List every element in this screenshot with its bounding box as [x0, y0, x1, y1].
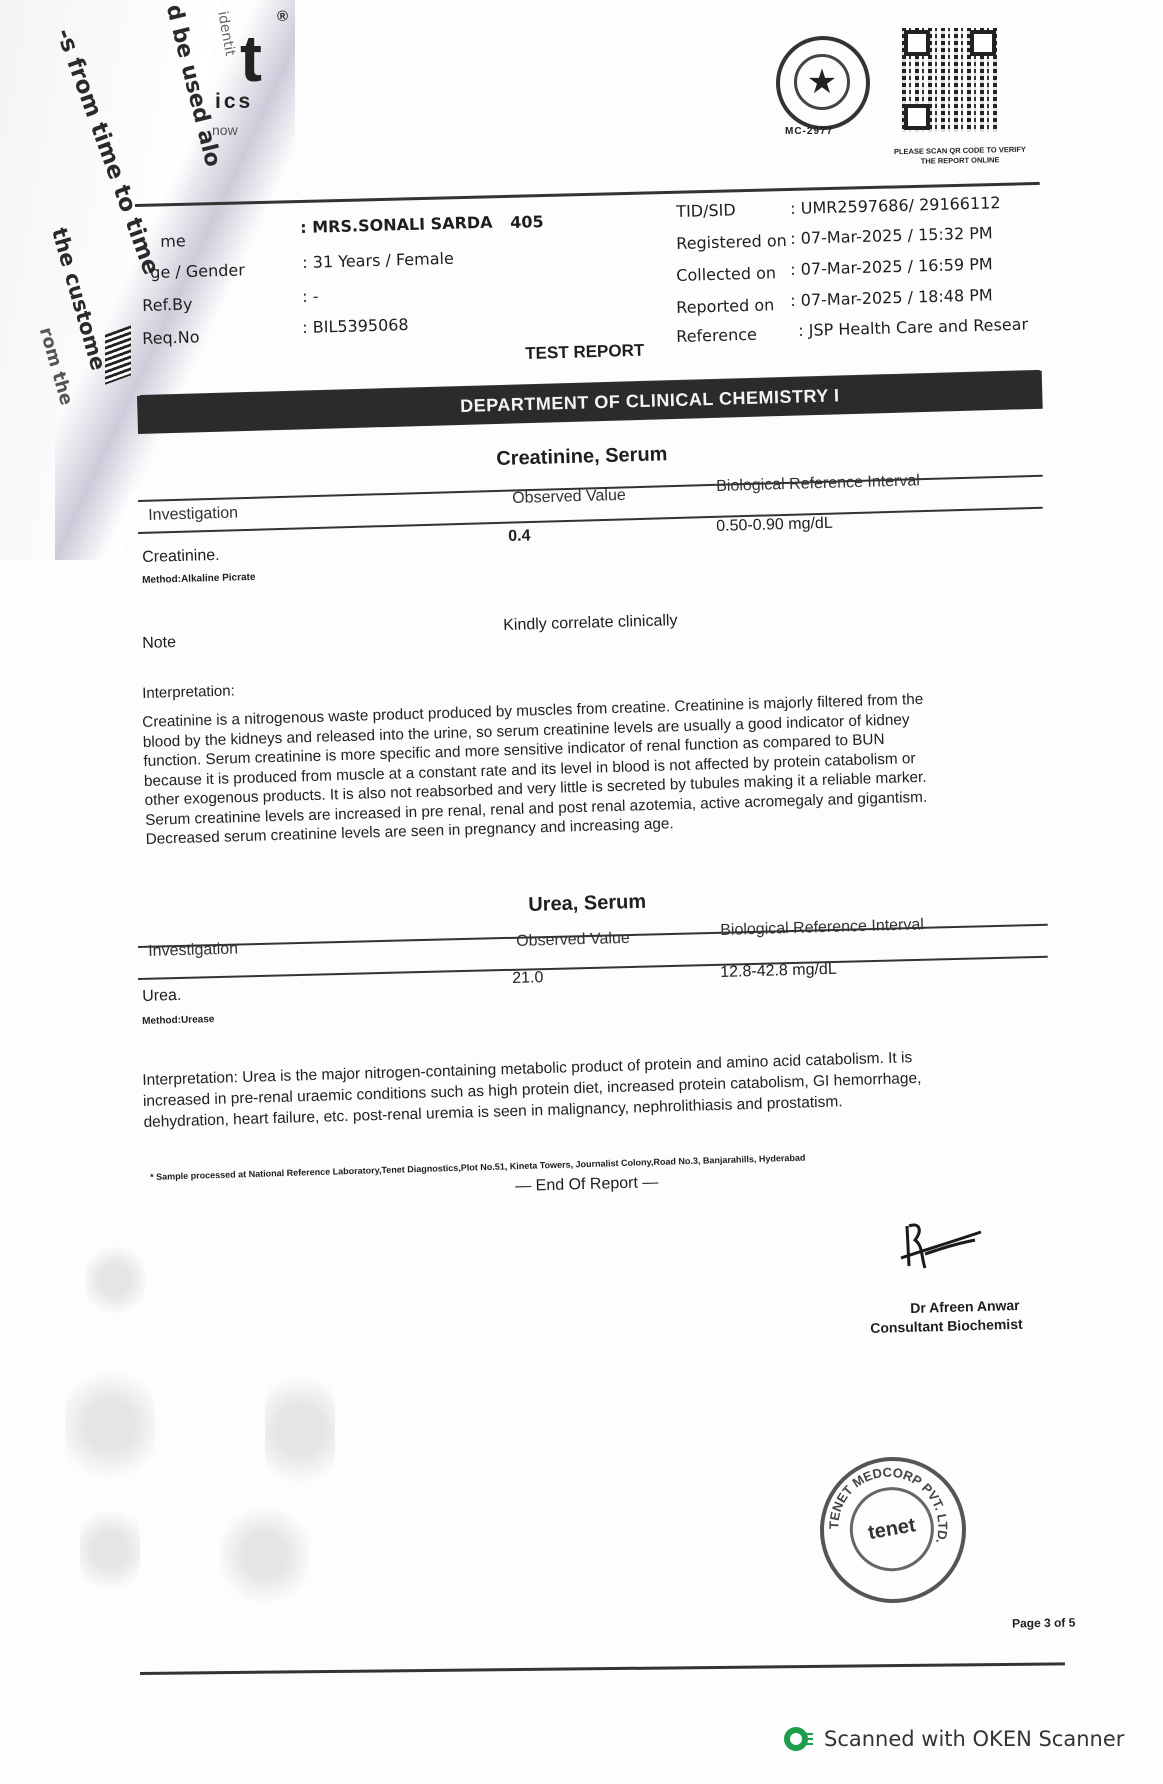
req-no-value: : BIL5395068 — [302, 315, 409, 337]
req-no-label: Req.No — [142, 327, 200, 348]
scanner-watermark: Scanned with OKEN Scanner — [784, 1724, 1124, 1754]
collected-value: : 07-Mar-2025 / 16:59 PM — [790, 254, 993, 279]
scanner-label: Scanned with OKEN Scanner — [824, 1727, 1124, 1751]
creatinine-test-name: Creatinine. — [142, 547, 220, 567]
room-number: 405 — [510, 212, 544, 232]
tid-sid-value: : UMR2597686/ 29166112 — [790, 193, 1001, 218]
scan-speckle — [85, 1240, 145, 1320]
scan-speckle — [80, 1500, 140, 1600]
urea-col-reference-interval: Biological Reference Interval — [720, 916, 924, 940]
col-investigation: Investigation — [148, 504, 238, 525]
sample-processed-note: * Sample processed at National Reference… — [150, 1153, 806, 1182]
doctor-name: Dr Afreen Anwar — [910, 1297, 1020, 1316]
ref-by-label: Ref.By — [142, 295, 193, 315]
ref-by-value: : - — [302, 287, 319, 306]
creatinine-note-label: Note — [142, 634, 176, 653]
creatinine-range: 0.50-0.90 mg/dL — [716, 515, 833, 536]
reported-value: : 07-Mar-2025 / 18:48 PM — [790, 285, 993, 310]
patient-name: : MRS.SONALI SARDA — [300, 213, 493, 237]
creatinine-method: Method:Alkaline Picrate — [142, 572, 256, 586]
scan-speckle — [265, 1360, 335, 1500]
qr-verify-note: PLEASE SCAN QR CODE TO VERIFY THE REPORT… — [890, 145, 1030, 167]
tid-sid-label: TID/SID — [676, 200, 736, 221]
col-observed-value: Observed Value — [512, 487, 626, 508]
creatinine-interpretation: Creatinine is a nitrogenous waste produc… — [142, 686, 1051, 849]
reported-label: Reported on — [676, 295, 775, 317]
urea-method: Method:Urease — [142, 1014, 215, 1027]
registered-label: Registered on — [676, 231, 787, 253]
footer-divider — [140, 1662, 1065, 1675]
registered-mark: ® — [277, 8, 288, 25]
reference-label: Reference — [676, 325, 757, 346]
creatinine-interpretation-label: Interpretation: — [142, 682, 235, 702]
urea-range: 12.8-42.8 mg/dL — [720, 961, 837, 982]
page-number: Page 3 of 5 — [1012, 1615, 1076, 1630]
scan-speckle — [65, 1360, 155, 1490]
test-report-title: TEST REPORT — [525, 341, 645, 364]
accreditation-code: MC-2977 — [785, 126, 833, 137]
creatinine-value: 0.4 — [508, 527, 531, 546]
urea-section-title: Urea, Serum — [528, 891, 646, 917]
urea-header-bottom-rule — [138, 956, 1048, 980]
star-icon: ★ — [794, 54, 850, 110]
signature-icon — [895, 1218, 985, 1278]
collected-label: Collected on — [676, 263, 776, 285]
reference-value: : JSP Health Care and Resear — [798, 315, 1028, 340]
accreditation-emblem: ★ — [776, 36, 870, 130]
urea-col-observed-value: Observed Value — [516, 930, 630, 951]
urea-interpretation: Interpretation: Urea is the major nitrog… — [142, 1043, 1048, 1133]
age-gender-label: ge / Gender — [150, 260, 245, 282]
barcode-icon — [105, 325, 131, 384]
creatinine-section-title: Creatinine, Serum — [496, 443, 668, 471]
name-label: me — [160, 231, 186, 251]
doctor-title: Consultant Biochemist — [870, 1316, 1023, 1336]
end-of-report: — End Of Report — — [515, 1174, 659, 1196]
age-gender-value: : 31 Years / Female — [302, 249, 454, 272]
qr-code-icon — [902, 28, 998, 132]
creatinine-note-text: Kindly correlate clinically — [503, 612, 678, 635]
company-stamp: TENET MEDCORP PVT. LTD. tenet — [808, 1445, 977, 1614]
oken-scanner-icon — [784, 1724, 814, 1754]
department-title: DEPARTMENT OF CLINICAL CHEMISTRY I — [460, 385, 840, 417]
registered-value: : 07-Mar-2025 / 15:32 PM — [790, 223, 993, 248]
urea-col-investigation: Investigation — [148, 940, 238, 961]
col-reference-interval: Biological Reference Interval — [716, 472, 920, 496]
brand-logo-fragment: t — [240, 20, 262, 96]
brand-tagline: now — [212, 122, 238, 138]
scan-speckle — [220, 1500, 310, 1610]
urea-test-name: Urea. — [142, 987, 182, 1006]
brand-logo-subtext: ics — [215, 90, 253, 114]
scanned-report-page: d be used alo -s from time to time the c… — [0, 0, 1163, 1784]
urea-value: 21.0 — [512, 969, 544, 988]
